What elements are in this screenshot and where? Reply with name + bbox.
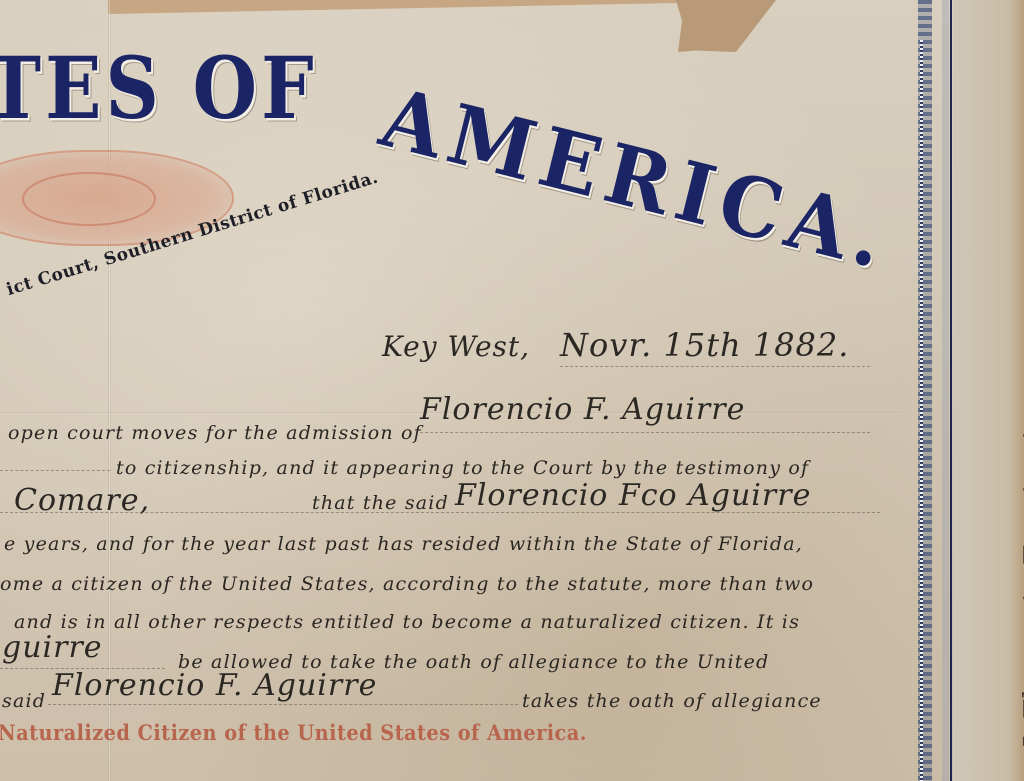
body-line-6: and is in all other respects entitled to… xyxy=(14,611,800,633)
rule-3 xyxy=(0,512,880,513)
decorative-border-dots xyxy=(920,40,923,781)
margin-signature: J. Florencio Fco Aguirre xyxy=(1018,386,1024,750)
body-line-5: ome a citizen of the United States, acco… xyxy=(0,573,814,595)
body-line-8-prefix: said xyxy=(2,690,46,712)
border-rule-line xyxy=(950,0,952,781)
seal-inner-oval xyxy=(22,172,156,226)
right-margin xyxy=(953,0,1024,781)
body-line-1-printed: open court moves for the admission of xyxy=(8,422,422,444)
body-line-4: e years, and for the year last past has … xyxy=(4,533,803,555)
rule-1 xyxy=(420,432,870,433)
body-line-8-printed: takes the oath of allegiance xyxy=(522,690,822,712)
applicant-surname-fragment: guirre xyxy=(2,630,103,665)
body-line-2-printed: to citizenship, and it appearing to the … xyxy=(116,457,809,479)
applicant-name-2: Florencio Fco Aguirre xyxy=(455,478,811,513)
naturalized-citizen-footer: Naturalized Citizen of the United States… xyxy=(0,720,587,745)
rule-8 xyxy=(48,704,518,705)
applicant-name-1: Florencio F. Aguirre xyxy=(420,392,745,427)
headline-states-of: TES OF xyxy=(0,40,318,139)
date-handwritten: Novr. 15th 1882. xyxy=(560,326,849,364)
rule-2 xyxy=(0,470,110,471)
decorative-border-scroll xyxy=(910,0,940,781)
applicant-name-3: Florencio F. Aguirre xyxy=(52,668,377,703)
body-line-3-printed: that the said xyxy=(312,492,449,514)
place-key-west: Key West, xyxy=(382,330,530,363)
border-shade xyxy=(942,0,949,781)
date-rule xyxy=(560,366,870,367)
